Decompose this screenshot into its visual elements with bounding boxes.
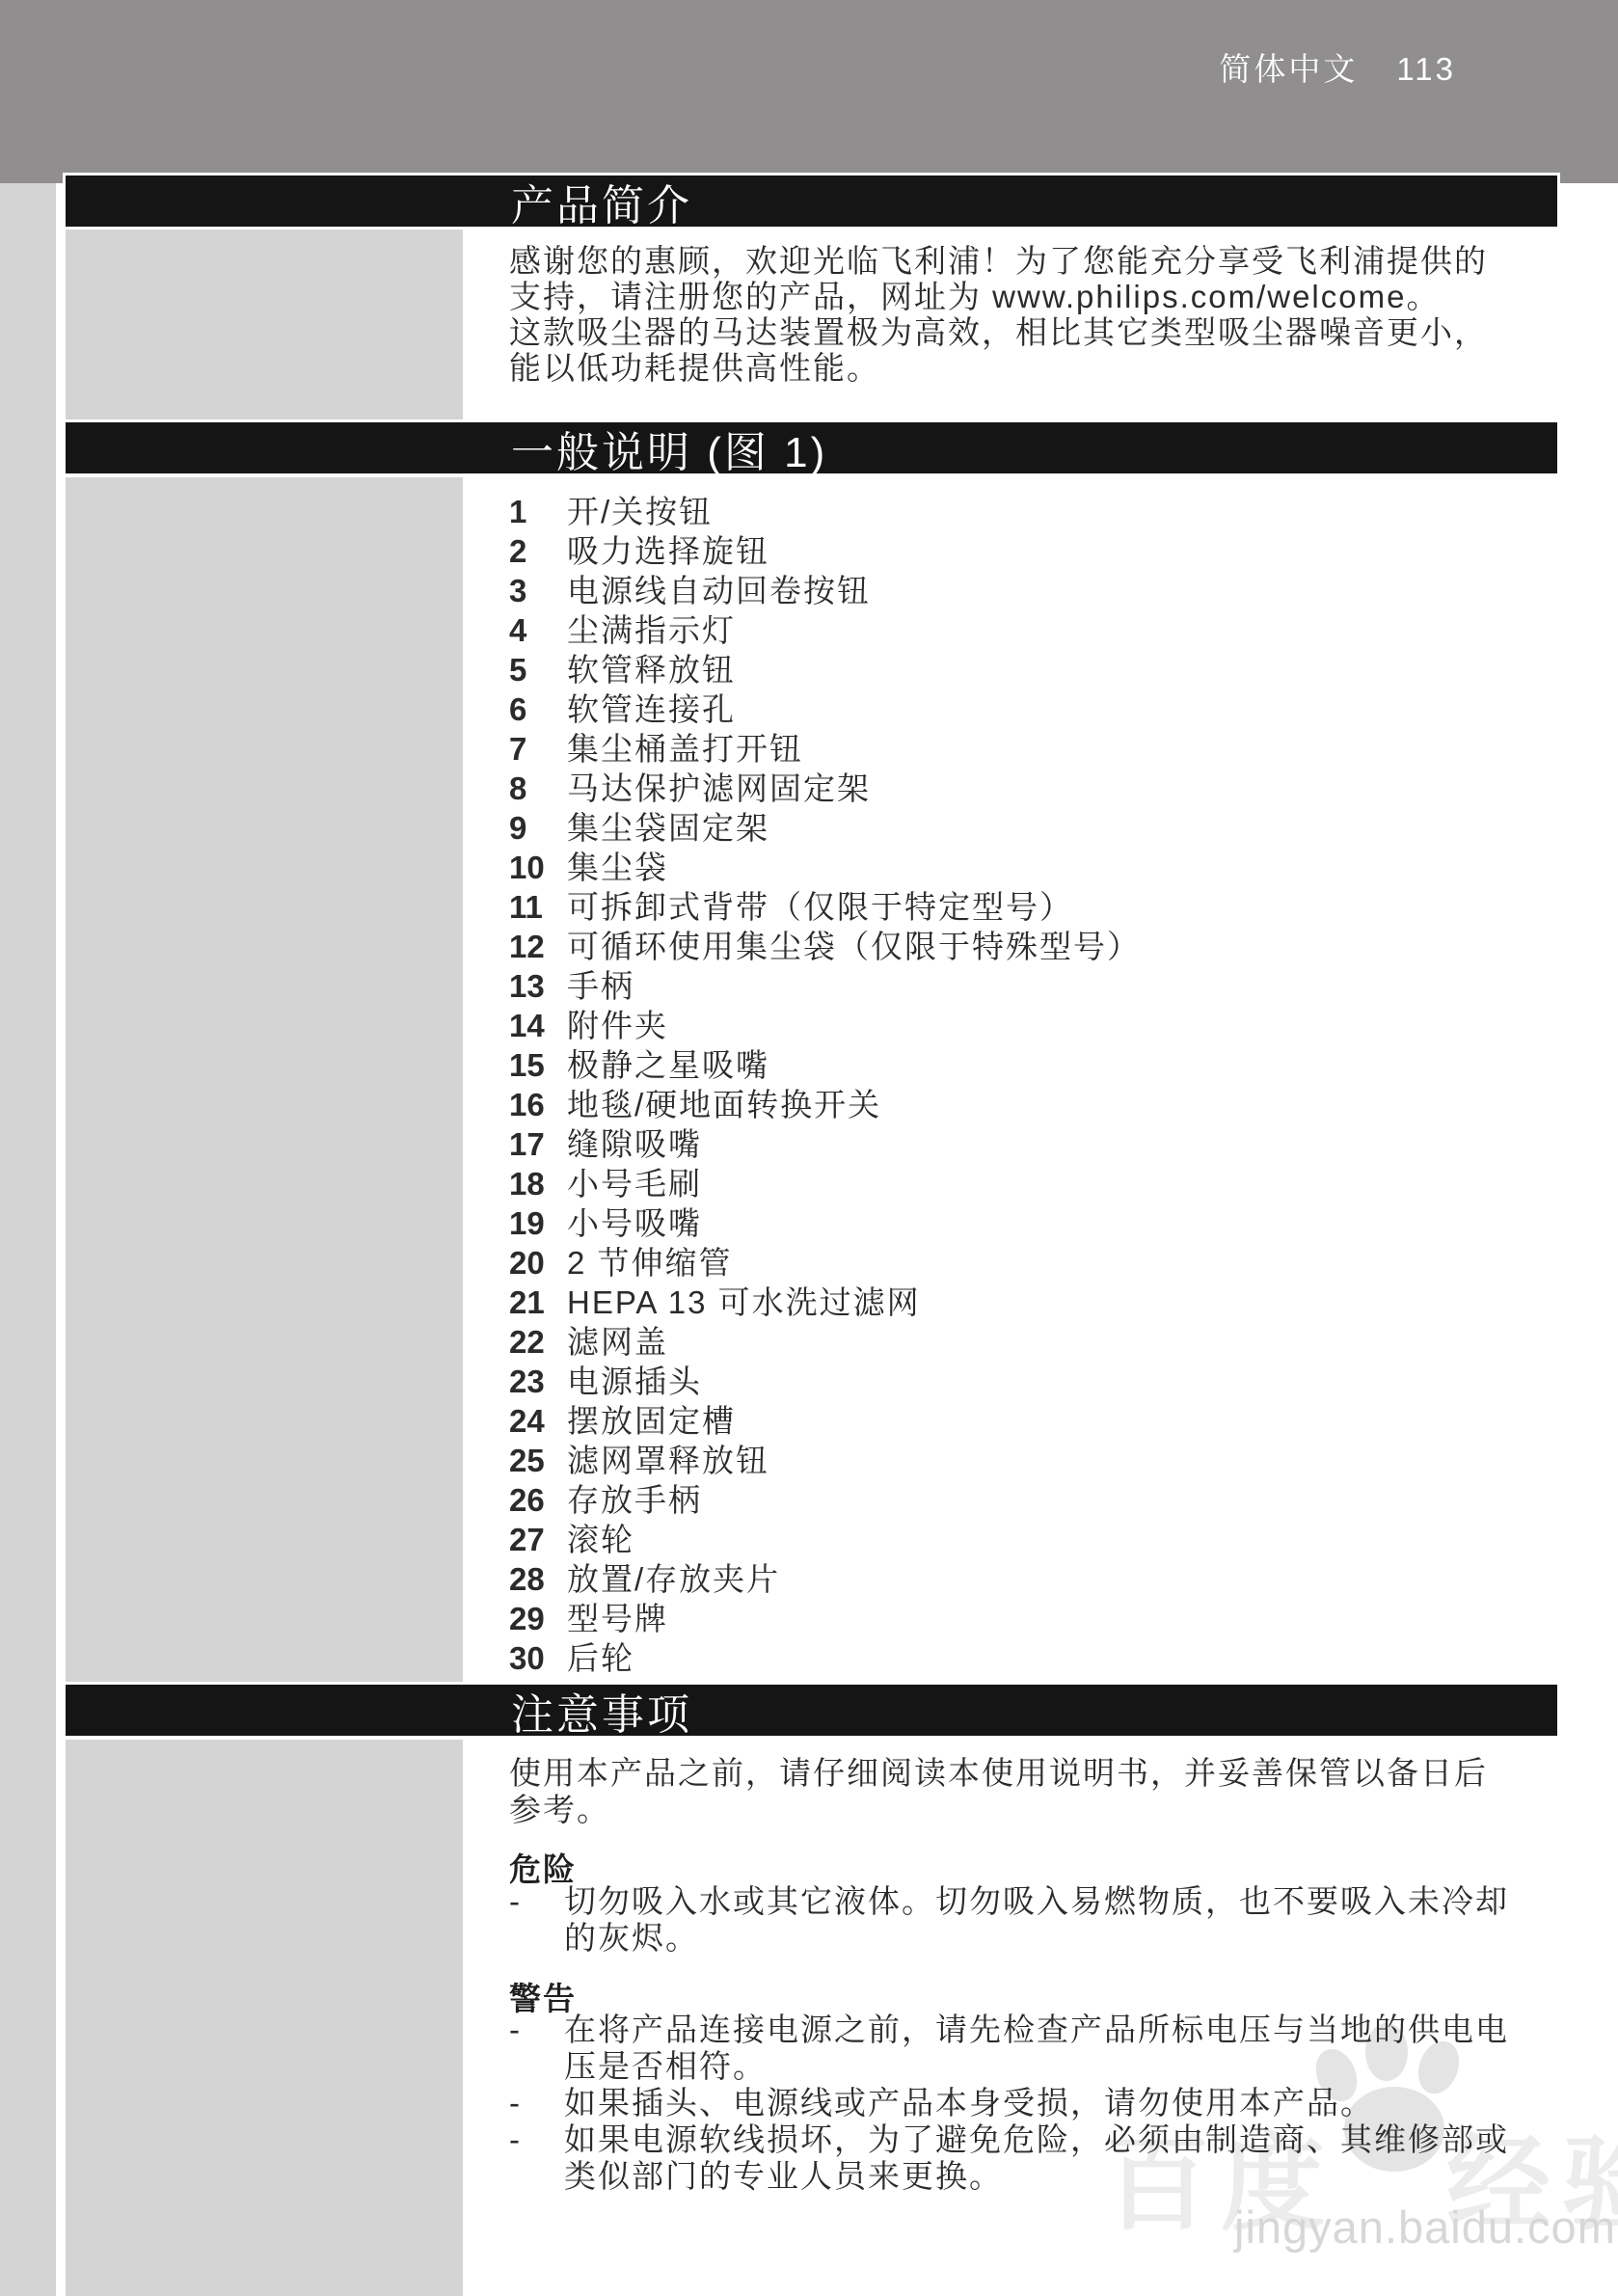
- list-item: 7集尘桶盖打开钮: [509, 731, 1141, 770]
- list-item: 8马达保护滤网固定架: [509, 770, 1141, 810]
- list-item-label: 尘满指示灯: [567, 612, 736, 648]
- paragraph-line: 支持，请注册您的产品，网址为 www.philips.com/welcome。: [509, 279, 1488, 314]
- watermark-domain-text: jingyan.baidu.com: [1234, 2201, 1616, 2254]
- list-item: 21HEPA 13 可水洗过滤网: [509, 1284, 1141, 1324]
- list-item-label: 地毯/硬地面转换开关: [567, 1087, 881, 1122]
- parts-list: 1开/关按钮 2吸力选择旋钮 3电源线自动回卷按钮 4尘满指示灯 5软管释放钮 …: [509, 494, 1141, 1680]
- danger-bullet-list: - 切勿吸入水或其它液体。切勿吸入易燃物质，也不要吸入未冷却 的灰烬。: [509, 1883, 1509, 1957]
- list-item: 16地毯/硬地面转换开关: [509, 1087, 1141, 1126]
- list-item-label: HEPA 13 可水洗过滤网: [567, 1284, 921, 1320]
- list-item-label: 电源线自动回卷按钮: [567, 573, 871, 608]
- manual-page: 百度 经验 jingyan.baidu.com 简体中文 113 产品简介 一般…: [0, 0, 1618, 2296]
- paragraph-line: 这款吸尘器的马达装置极为高效，相比其它类型吸尘器噪音更小，: [509, 314, 1488, 350]
- bullet-item: - 如果电源软线损坏，为了避免危险，必须由制造商、其维修部或 类似部门的专业人员…: [509, 2121, 1509, 2195]
- list-item-label: 开/关按钮: [567, 494, 713, 529]
- list-item-label: 滚轮: [567, 1522, 634, 1557]
- list-item-number: 15: [509, 1047, 567, 1083]
- list-item: 9集尘袋固定架: [509, 810, 1141, 850]
- list-item: 10集尘袋: [509, 850, 1141, 889]
- list-item-label: 小号吸嘴: [567, 1205, 702, 1241]
- list-item-label: 集尘袋固定架: [567, 810, 769, 846]
- list-item-number: 12: [509, 929, 567, 964]
- list-item-number: 19: [509, 1205, 567, 1241]
- list-item-label: 软管释放钮: [567, 652, 736, 688]
- list-item-label: 缝隙吸嘴: [567, 1126, 702, 1162]
- list-item: 28放置/存放夹片: [509, 1561, 1141, 1601]
- list-item-label: 滤网罩释放钮: [567, 1443, 769, 1478]
- paragraph-line: 使用本产品之前，请仔细阅读本使用说明书，并妥善保管以备日后: [509, 1755, 1488, 1792]
- bullet-line: 类似部门的专业人员来更换。: [564, 2158, 1509, 2195]
- list-item-number: 23: [509, 1364, 567, 1399]
- list-item-number: 26: [509, 1482, 567, 1518]
- list-item: 27滚轮: [509, 1522, 1141, 1561]
- list-item-number: 2: [509, 533, 567, 569]
- section-title: 一般说明 (图 1): [511, 418, 827, 479]
- bullet-item: - 切勿吸入水或其它液体。切勿吸入易燃物质，也不要吸入未冷却 的灰烬。: [509, 1883, 1509, 1957]
- list-item: 22滤网盖: [509, 1324, 1141, 1364]
- list-item-number: 24: [509, 1403, 567, 1439]
- list-item-number: 6: [509, 691, 567, 727]
- list-item-number: 11: [509, 889, 567, 925]
- list-item: 11可拆卸式背带（仅限于特定型号）: [509, 889, 1141, 929]
- sidebar-panel: [66, 230, 463, 419]
- list-item-label: 附件夹: [567, 1008, 668, 1043]
- list-item-number: 5: [509, 652, 567, 688]
- list-item: 26存放手柄: [509, 1482, 1141, 1522]
- list-item-number: 1: [509, 494, 567, 529]
- list-item-number: 14: [509, 1008, 567, 1043]
- list-item-label: 后轮: [567, 1640, 634, 1676]
- page-number: 113: [1396, 51, 1456, 88]
- list-item-number: 30: [509, 1640, 567, 1676]
- list-item-label: 摆放固定槽: [567, 1403, 736, 1439]
- list-item: 4尘满指示灯: [509, 612, 1141, 652]
- bullet-dash: -: [509, 2085, 564, 2121]
- section-bar-product-intro: 产品简介: [63, 173, 1560, 230]
- bullet-item: - 在将产品连接电源之前，请先检查产品所标电压与当地的供电电 压是否相符。: [509, 2012, 1509, 2085]
- list-item-number: 4: [509, 612, 567, 648]
- list-item-number: 8: [509, 770, 567, 806]
- list-item-label: 吸力选择旋钮: [567, 533, 769, 569]
- list-item: 25滤网罩释放钮: [509, 1443, 1141, 1482]
- list-item-label: 电源插头: [567, 1364, 702, 1399]
- list-item-number: 13: [509, 968, 567, 1004]
- list-item: 15极静之星吸嘴: [509, 1047, 1141, 1087]
- bullet-dash: -: [509, 2121, 564, 2195]
- list-item: 6软管连接孔: [509, 691, 1141, 731]
- list-item-label: 可拆卸式背带（仅限于特定型号）: [567, 889, 1073, 925]
- left-margin-strip: [0, 183, 56, 2296]
- list-item: 19小号吸嘴: [509, 1205, 1141, 1245]
- list-item: 18小号毛刷: [509, 1166, 1141, 1205]
- list-item-label: 集尘桶盖打开钮: [567, 731, 803, 767]
- list-item: 23电源插头: [509, 1364, 1141, 1403]
- list-item: 202 节伸缩管: [509, 1245, 1141, 1284]
- section-bar-general-description: 一般说明 (图 1): [63, 419, 1560, 476]
- intro-paragraph: 感谢您的惠顾，欢迎光临飞利浦！为了您能充分享受飞利浦提供的 支持，请注册您的产品…: [509, 243, 1488, 386]
- list-item-number: 21: [509, 1284, 567, 1320]
- list-item-number: 18: [509, 1166, 567, 1202]
- bullet-line: 压是否相符。: [564, 2048, 1509, 2085]
- section-title: 注意事项: [511, 1680, 692, 1742]
- list-item-number: 17: [509, 1126, 567, 1162]
- bullet-line: 在将产品连接电源之前，请先检查产品所标电压与当地的供电电: [564, 2012, 1509, 2048]
- list-item: 24摆放固定槽: [509, 1403, 1141, 1443]
- paragraph-line: 感谢您的惠顾，欢迎光临飞利浦！为了您能充分享受飞利浦提供的: [509, 243, 1488, 279]
- list-item-label: 2 节伸缩管: [567, 1245, 733, 1281]
- warning-bullet-list: - 在将产品连接电源之前，请先检查产品所标电压与当地的供电电 压是否相符。 - …: [509, 2012, 1509, 2195]
- list-item-label: 手柄: [567, 968, 634, 1004]
- list-item: 30后轮: [509, 1640, 1141, 1680]
- list-item-number: 25: [509, 1443, 567, 1478]
- list-item: 5软管释放钮: [509, 652, 1141, 691]
- list-item-number: 7: [509, 731, 567, 767]
- list-item-number: 29: [509, 1601, 567, 1636]
- list-item-number: 22: [509, 1324, 567, 1360]
- list-item: 13手柄: [509, 968, 1141, 1008]
- caution-intro-paragraph: 使用本产品之前，请仔细阅读本使用说明书，并妥善保管以备日后 参考。: [509, 1755, 1488, 1828]
- list-item-number: 28: [509, 1561, 567, 1597]
- language-label: 简体中文: [1219, 44, 1358, 90]
- paragraph-line: 能以低功耗提供高性能。: [509, 350, 1488, 386]
- list-item-label: 小号毛刷: [567, 1166, 702, 1202]
- list-item-label: 存放手柄: [567, 1482, 702, 1518]
- bullet-line: 的灰烬。: [564, 1920, 1509, 1957]
- list-item-label: 滤网盖: [567, 1324, 668, 1360]
- paragraph-line: 参考。: [509, 1792, 1488, 1828]
- sidebar-panel: [66, 477, 463, 1682]
- list-item: 1开/关按钮: [509, 494, 1141, 533]
- list-item: 3电源线自动回卷按钮: [509, 573, 1141, 612]
- list-item-number: 10: [509, 850, 567, 885]
- list-item: 12可循环使用集尘袋（仅限于特殊型号）: [509, 929, 1141, 968]
- bullet-line: 如果电源软线损坏，为了避免危险，必须由制造商、其维修部或: [564, 2121, 1509, 2158]
- bullet-dash: -: [509, 1883, 564, 1957]
- list-item-number: 9: [509, 810, 567, 846]
- page-header-band: [0, 0, 1618, 183]
- list-item: 14附件夹: [509, 1008, 1141, 1047]
- list-item-number: 16: [509, 1087, 567, 1122]
- section-title: 产品简介: [511, 171, 692, 232]
- list-item-label: 集尘袋: [567, 850, 668, 885]
- list-item-label: 放置/存放夹片: [567, 1561, 780, 1597]
- list-item-number: 3: [509, 573, 567, 608]
- bullet-item: - 如果插头、电源线或产品本身受损，请勿使用本产品。: [509, 2085, 1509, 2121]
- bullet-line: 如果插头、电源线或产品本身受损，请勿使用本产品。: [564, 2085, 1374, 2121]
- list-item-label: 马达保护滤网固定架: [567, 770, 871, 806]
- bullet-dash: -: [509, 2012, 564, 2085]
- sidebar-panel: [66, 1740, 463, 2296]
- list-item: 17缝隙吸嘴: [509, 1126, 1141, 1166]
- list-item: 2吸力选择旋钮: [509, 533, 1141, 573]
- list-item-label: 软管连接孔: [567, 691, 736, 727]
- list-item-label: 可循环使用集尘袋（仅限于特殊型号）: [567, 929, 1141, 964]
- bullet-line: 切勿吸入水或其它液体。切勿吸入易燃物质，也不要吸入未冷却: [564, 1883, 1509, 1920]
- list-item-number: 20: [509, 1245, 567, 1281]
- list-item-label: 型号牌: [567, 1601, 668, 1636]
- list-item-label: 极静之星吸嘴: [567, 1047, 769, 1083]
- list-item: 29型号牌: [509, 1601, 1141, 1640]
- list-item-number: 27: [509, 1522, 567, 1557]
- page-header-text: 简体中文 113: [1219, 44, 1456, 90]
- section-bar-important-notes: 注意事项: [63, 1682, 1560, 1739]
